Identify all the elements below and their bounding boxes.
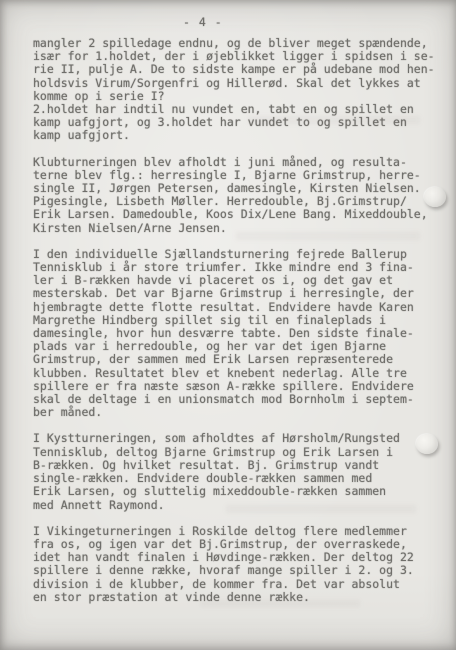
paragraph-team-status: mangler 2 spilledage endnu, og de bliver… bbox=[33, 37, 435, 143]
paragraph-klubturneringen: Klubturneringen blev afholdt i juni måne… bbox=[33, 156, 435, 235]
paragraph-sjaellandsturnering: I den individuelle Sjællandsturnering fe… bbox=[33, 248, 435, 420]
scanned-document-page: - 4 - mangler 2 spilledage endnu, og de … bbox=[0, 0, 456, 650]
paragraph-kystturneringen: I Kystturneringen, som afholdtes af Hørs… bbox=[33, 432, 435, 511]
document-body: mangler 2 spilledage endnu, og de bliver… bbox=[33, 37, 435, 617]
paper-fastener-bump bbox=[424, 187, 446, 207]
paper-fastener-bump bbox=[416, 434, 438, 454]
paragraph-vikingeturneringen: I Vikingeturneringen i Roskilde deltog f… bbox=[33, 525, 435, 604]
page-number: - 4 - bbox=[183, 15, 223, 29]
